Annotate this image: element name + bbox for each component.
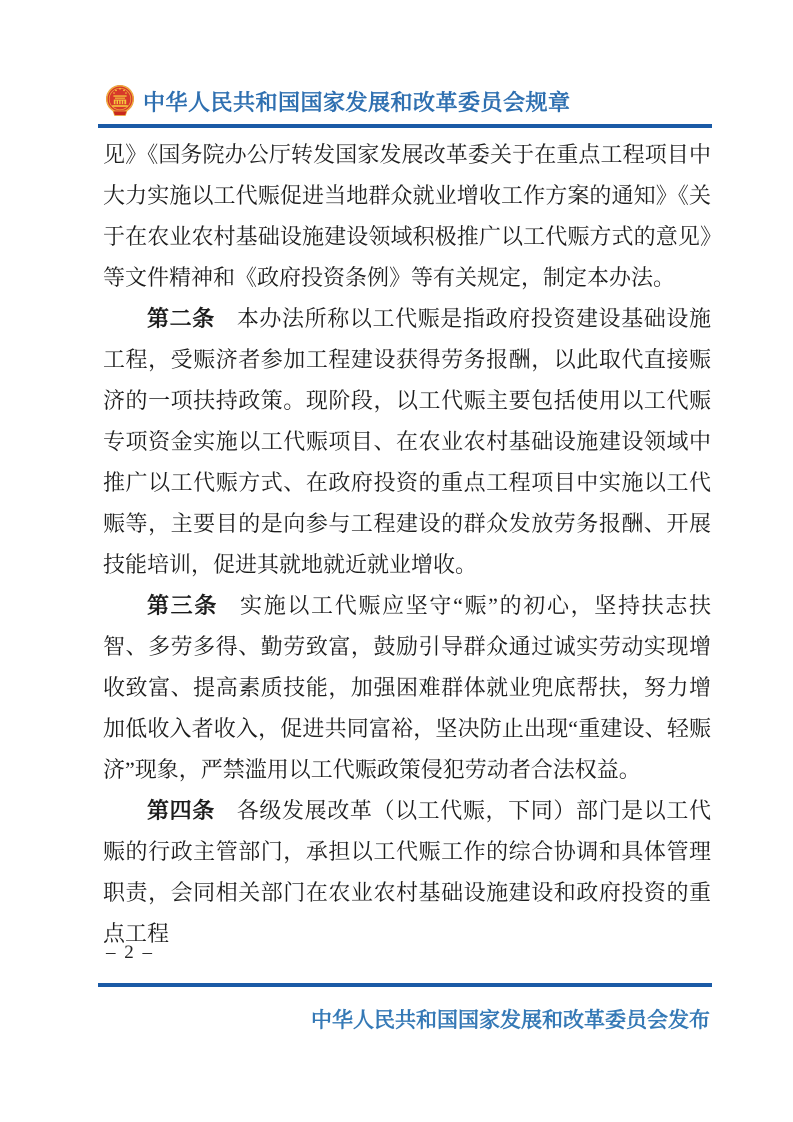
paragraph-article-2: 第二条本办法所称以工代赈是指政府投资建设基础设施工程，受赈济者参加工程建设获得劳… — [103, 298, 711, 585]
paragraph-article-3: 第三条实施以工代赈应坚守“赈”的初心，坚持扶志扶智、多劳多得、勤劳致富，鼓励引导… — [103, 585, 711, 790]
national-emblem-icon — [105, 84, 135, 118]
paragraph-text: 实施以工代赈应坚守“赈”的初心，坚持扶志扶智、多劳多得、勤劳致富，鼓励引导群众通… — [103, 593, 711, 782]
article-number: 第二条 — [147, 306, 215, 331]
page-number: – 2 – — [106, 942, 154, 964]
article-number: 第三条 — [147, 593, 218, 618]
header-divider-line — [98, 124, 712, 128]
document-header: 中华人民共和国国家发展和改革委员会规章 — [105, 84, 571, 118]
paragraph-text: 见》《国务院办公厅转发国家发展改革委关于在重点工程项目中大力实施以工代赈促进当地… — [103, 142, 711, 290]
document-page: 中华人民共和国国家发展和改革委员会规章 见》《国务院办公厅转发国家发展改革委关于… — [0, 0, 793, 1122]
document-body: 见》《国务院办公厅转发国家发展改革委关于在重点工程项目中大力实施以工代赈促进当地… — [103, 134, 711, 954]
paragraph-text: 本办法所称以工代赈是指政府投资建设基础设施工程，受赈济者参加工程建设获得劳务报酬… — [103, 306, 711, 577]
paragraph-continuation: 见》《国务院办公厅转发国家发展改革委关于在重点工程项目中大力实施以工代赈促进当地… — [103, 134, 711, 298]
article-number: 第四条 — [147, 798, 215, 823]
document-title: 中华人民共和国国家发展和改革委员会规章 — [143, 86, 571, 117]
footer-divider-line — [98, 983, 712, 987]
paragraph-article-4: 第四条各级发展改革（以工代赈，下同）部门是以工代赈的行政主管部门，承担以工代赈工… — [103, 790, 711, 954]
publisher-line: 中华人民共和国国家发展和改革委员会发布 — [311, 1004, 710, 1034]
